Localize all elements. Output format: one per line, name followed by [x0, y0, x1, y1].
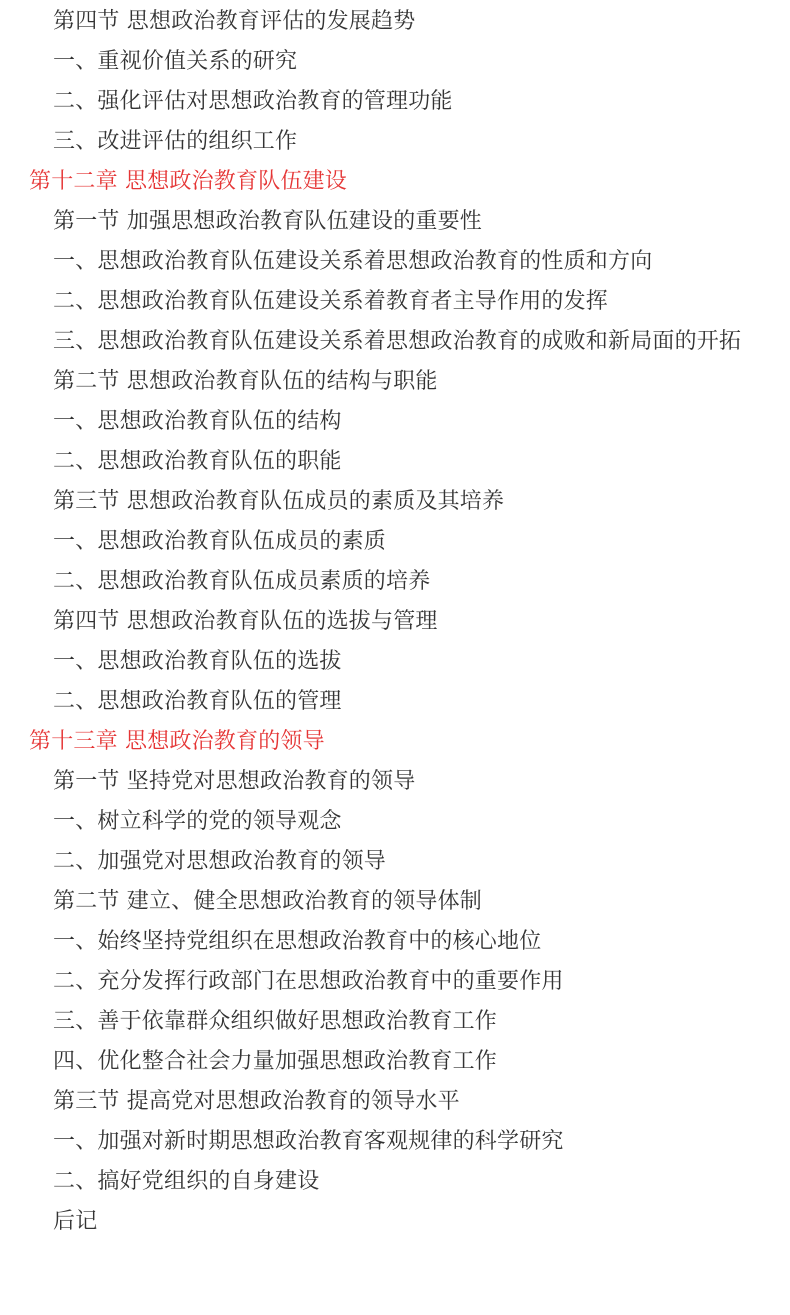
toc-chapter[interactable]: 第十二章 思想政治教育队伍建设: [0, 162, 790, 202]
toc-item[interactable]: 一、思想政治教育队伍的选拔: [0, 642, 790, 682]
toc-item[interactable]: 二、思想政治教育队伍的管理: [0, 682, 790, 722]
toc-section[interactable]: 第三节 思想政治教育队伍成员的素质及其培养: [0, 482, 790, 522]
toc-item[interactable]: 三、思想政治教育队伍建设关系着思想政治教育的成败和新局面的开拓: [0, 322, 790, 362]
toc-item[interactable]: 一、加强对新时期思想政治教育客观规律的科学研究: [0, 1122, 790, 1162]
toc-item[interactable]: 二、充分发挥行政部门在思想政治教育中的重要作用: [0, 962, 790, 1002]
toc-item[interactable]: 一、重视价值关系的研究: [0, 42, 790, 82]
toc-item[interactable]: 二、搞好党组织的自身建设: [0, 1162, 790, 1202]
toc-item[interactable]: 一、思想政治教育队伍的结构: [0, 402, 790, 442]
toc-item[interactable]: 四、优化整合社会力量加强思想政治教育工作: [0, 1042, 790, 1082]
toc-section[interactable]: 第二节 思想政治教育队伍的结构与职能: [0, 362, 790, 402]
table-of-contents: 第四节 思想政治教育评估的发展趋势 一、重视价值关系的研究 二、强化评估对思想政…: [0, 2, 790, 1242]
toc-section[interactable]: 第一节 坚持党对思想政治教育的领导: [0, 762, 790, 802]
toc-item[interactable]: 二、思想政治教育队伍的职能: [0, 442, 790, 482]
toc-item[interactable]: 三、改进评估的组织工作: [0, 122, 790, 162]
toc-item[interactable]: 二、强化评估对思想政治教育的管理功能: [0, 82, 790, 122]
toc-item[interactable]: 一、思想政治教育队伍成员的素质: [0, 522, 790, 562]
toc-item[interactable]: 二、思想政治教育队伍成员素质的培养: [0, 562, 790, 602]
toc-chapter[interactable]: 第十三章 思想政治教育的领导: [0, 722, 790, 762]
toc-item[interactable]: 一、树立科学的党的领导观念: [0, 802, 790, 842]
toc-item[interactable]: 三、善于依靠群众组织做好思想政治教育工作: [0, 1002, 790, 1042]
toc-item[interactable]: 二、加强党对思想政治教育的领导: [0, 842, 790, 882]
toc-afterword[interactable]: 后记: [0, 1202, 790, 1242]
toc-section[interactable]: 第二节 建立、健全思想政治教育的领导体制: [0, 882, 790, 922]
toc-item[interactable]: 一、思想政治教育队伍建设关系着思想政治教育的性质和方向: [0, 242, 790, 282]
toc-section[interactable]: 第四节 思想政治教育评估的发展趋势: [0, 2, 790, 42]
toc-section[interactable]: 第三节 提高党对思想政治教育的领导水平: [0, 1082, 790, 1122]
toc-section[interactable]: 第一节 加强思想政治教育队伍建设的重要性: [0, 202, 790, 242]
toc-section[interactable]: 第四节 思想政治教育队伍的选拔与管理: [0, 602, 790, 642]
toc-item[interactable]: 一、始终坚持党组织在思想政治教育中的核心地位: [0, 922, 790, 962]
toc-item[interactable]: 二、思想政治教育队伍建设关系着教育者主导作用的发挥: [0, 282, 790, 322]
